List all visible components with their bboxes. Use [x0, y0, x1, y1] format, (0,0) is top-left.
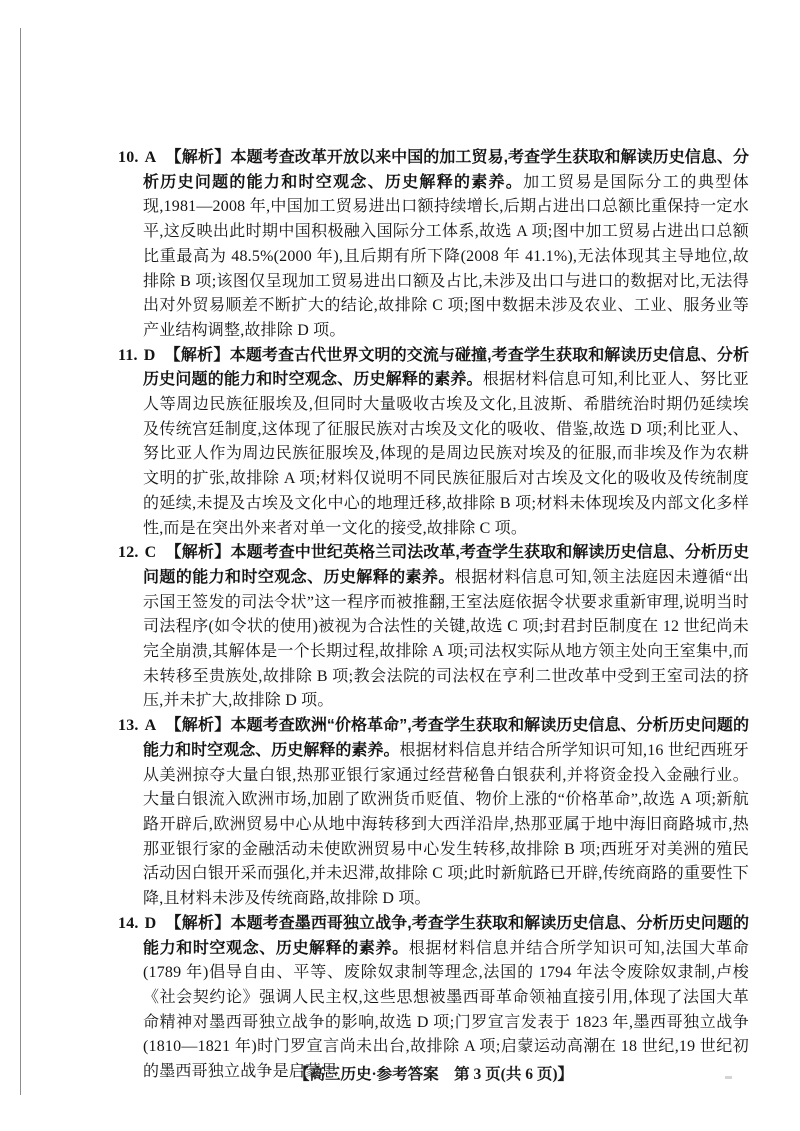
answer-letter: A: [145, 717, 157, 734]
analysis-tag: 【解析】: [165, 544, 230, 561]
question-number: 13.: [118, 717, 139, 734]
page-footer: 【高三历史·参考答案 第 3 页(共 6 页)】: [118, 1062, 749, 1084]
analysis-tag: 【解析】: [165, 717, 230, 734]
scanned-answer-page: 10.A【解析】本题考查改革开放以来中国的加工贸易,考查学生获取和解读历史信息、…: [0, 0, 800, 1131]
question-number: 12.: [118, 544, 139, 561]
answer-item-10: 10.A【解析】本题考查改革开放以来中国的加工贸易,考查学生获取和解读历史信息、…: [118, 146, 749, 344]
analysis-tag: 【解析】: [164, 347, 229, 364]
answer-letter: D: [145, 915, 157, 932]
question-number: 11.: [118, 347, 138, 364]
analysis-detail: 根据材料信息并结合所学知识可知,法国大革命(1789 年)倡导自由、平等、废除奴…: [143, 940, 749, 1081]
question-number: 10.: [118, 149, 139, 166]
analysis-detail: 根据材料信息可知,领主法庭因未遵循“出示国王签发的司法令状”这一程序而被推翻,王…: [143, 569, 749, 710]
answer-item-13: 13.A【解析】本题考查欧洲“价格革命”,考查学生获取和解读历史信息、分析历史问…: [118, 714, 749, 912]
question-number: 14.: [118, 915, 139, 932]
scan-edge-line: [20, 28, 21, 1095]
answer-list: 10.A【解析】本题考查改革开放以来中国的加工贸易,考查学生获取和解读历史信息、…: [118, 146, 749, 1085]
answer-letter: A: [145, 149, 157, 166]
analysis-detail: 根据材料信息可知,利比亚人、努比亚人等周边民族征服埃及,但同时大量吸收古埃及文化…: [143, 371, 749, 536]
analysis-detail: 加工贸易是国际分工的典型体现,1981—2008 年,中国加工贸易进出口额持续增…: [143, 174, 749, 339]
answer-item-12: 12.C【解析】本题考查中世纪英格兰司法改革,考查学生获取和解读历史信息、分析历…: [118, 541, 749, 714]
answer-letter: C: [145, 544, 157, 561]
analysis-detail: 根据材料信息并结合所学知识可知,16 世纪西班牙从美洲掠夺大量白银,热那亚银行家…: [143, 742, 749, 907]
answer-item-11: 11.D【解析】本题考查古代世界文明的交流与碰撞,考查学生获取和解读历史信息、分…: [118, 344, 749, 542]
scan-speck: [725, 1076, 732, 1079]
answer-item-14: 14.D【解析】本题考查墨西哥独立战争,考查学生获取和解读历史信息、分析历史问题…: [118, 912, 749, 1085]
analysis-tag: 【解析】: [165, 915, 230, 932]
answer-letter: D: [144, 347, 156, 364]
analysis-tag: 【解析】: [165, 149, 230, 166]
